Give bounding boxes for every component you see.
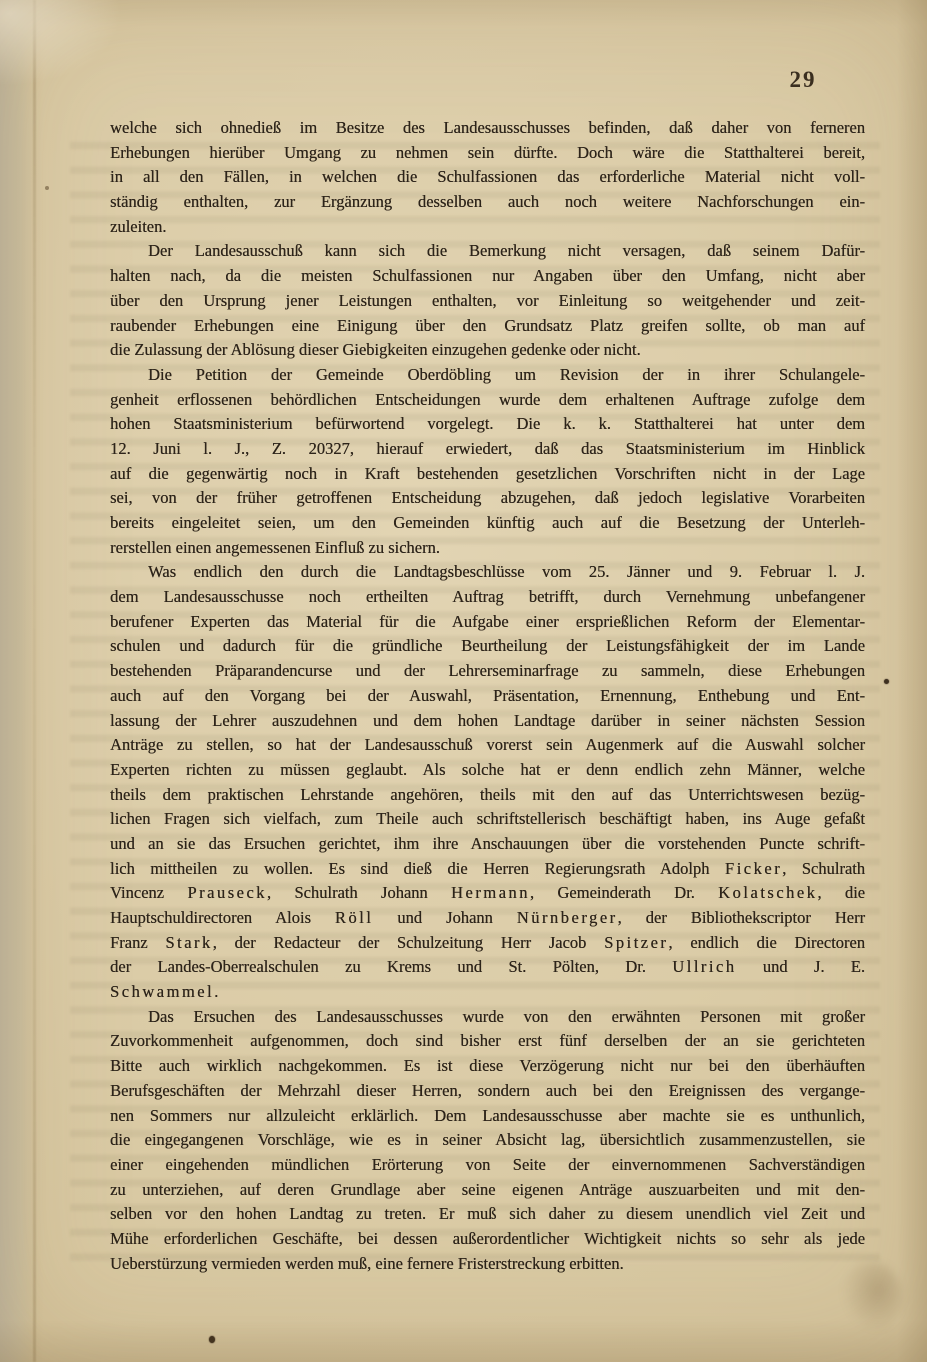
text-line: selben vor den hohen Landtag zu treten. … — [110, 1202, 865, 1227]
text-line: zuleiten. — [110, 215, 865, 240]
text-line: Zuvorkommenheit aufgenommen, doch sind b… — [110, 1029, 865, 1054]
scanned-book-page: 29 welche sich ohnedieß im Besitze des L… — [0, 0, 927, 1362]
text-line: Anträge zu stellen, so hat der Landesaus… — [110, 733, 865, 758]
text-line: schulen und dadurch für die gründliche B… — [110, 634, 865, 659]
text-line: und an sie das Ersuchen gerichtet, ihm i… — [110, 832, 865, 857]
text-line: Hauptschuldirectoren Alois Röll und Joha… — [110, 906, 865, 931]
text-line: Berufsgeschäften der Mehrzahl dieser Her… — [110, 1079, 865, 1104]
text-line: auf die gegenwärtig noch in Kraft besteh… — [110, 462, 865, 487]
text-line: lassung der Lehrer auszudehnen und dem h… — [110, 709, 865, 734]
text-line: dem Landesausschusse noch ertheilten Auf… — [110, 585, 865, 610]
spaced-name: Hermann — [451, 883, 530, 902]
spaced-name: Stark — [165, 933, 212, 952]
text-line: nen Sommers nur allzuleicht erklärlich. … — [110, 1104, 865, 1129]
text-line: über den Ursprung jener Leistungen entha… — [110, 289, 865, 314]
text-line: die eingegangenen Vorschläge, wie es in … — [110, 1128, 865, 1153]
text-line: die Zulassung der Ablösung dieser Giebig… — [110, 338, 865, 363]
text-line: lich mittheilen zu wollen. Es sind dieß … — [110, 857, 865, 882]
text-line: 12. Juni l. J., Z. 20327, hierauf erwied… — [110, 437, 865, 462]
text-line: rerstellen einen angemessenen Einfluß zu… — [110, 536, 865, 561]
paragraph: Das Ersuchen des Landesausschusses wurde… — [110, 1005, 865, 1277]
text-line: ständig enthalten, zur Ergänzung desselb… — [110, 190, 865, 215]
text-line: Das Ersuchen des Landesausschusses wurde… — [110, 1005, 865, 1030]
spaced-name: Röll — [335, 908, 373, 927]
text-line: lichen Fragen sich vielfach, zum Theile … — [110, 807, 865, 832]
text-line: Ueberstürzung vermieden werden muß, eine… — [110, 1252, 865, 1277]
text-line: Bitte auch wirklich nachgekommen. Es ist… — [110, 1054, 865, 1079]
text-line: berufener Experten das Material für die … — [110, 610, 865, 635]
text-line: Mühe erforderlichen Geschäfte, bei desse… — [110, 1227, 865, 1252]
text-line: Was endlich den durch die Landtagsbeschl… — [110, 560, 865, 585]
text-line: auch auf den Vorgang bei der Auswahl, Pr… — [110, 684, 865, 709]
text-line: sei, von der früher getroffenen Entschei… — [110, 486, 865, 511]
paragraph: Was endlich den durch die Landtagsbeschl… — [110, 560, 865, 1004]
text-line: raubender Erhebungen eine Einigung über … — [110, 314, 865, 339]
spaced-name: Spitzer — [604, 933, 668, 952]
text-line: welche sich ohnedieß im Besitze des Land… — [110, 116, 865, 141]
spaced-name: Prauseck — [187, 883, 267, 902]
spaced-name: Schwammel — [110, 982, 214, 1001]
text-line: Schwammel. — [110, 980, 865, 1005]
text-line: theils dem praktischen Lehrstande angehö… — [110, 783, 865, 808]
text-line: genheit erflossenen behördlichen Entsche… — [110, 388, 865, 413]
paragraph: welche sich ohnedieß im Besitze des Land… — [110, 116, 865, 239]
text-line: bereits eingeleitet seien, um den Gemein… — [110, 511, 865, 536]
paragraph: Der Landesausschuß kann sich die Bemerku… — [110, 239, 865, 362]
spaced-name: Nürnberger — [517, 908, 618, 927]
text-line: halten nach, da die meisten Schulfassion… — [110, 264, 865, 289]
spaced-name: Ficker — [725, 859, 782, 878]
page-number: 29 — [783, 67, 823, 93]
text-line: Franz Stark, der Redacteur der Schulzeit… — [110, 931, 865, 956]
spaced-name: Ullrich — [672, 957, 736, 976]
text-line: Erhebungen hierüber Umgang zu nehmen sei… — [110, 141, 865, 166]
paragraph: Die Petition der Gemeinde Oberdöbling um… — [110, 363, 865, 561]
text-line: Der Landesausschuß kann sich die Bemerku… — [110, 239, 865, 264]
text-line: einer eingehenden mündlichen Erörterung … — [110, 1153, 865, 1178]
text-line: zu unterziehen, auf deren Grundlage aber… — [110, 1178, 865, 1203]
text-line: Experten richten zu müssen geglaubt. Als… — [110, 758, 865, 783]
text-line: hohen Staatsministerium befürwortend vor… — [110, 412, 865, 437]
text-line: Vincenz Prauseck, Schulrath Johann Herma… — [110, 881, 865, 906]
text-line: Die Petition der Gemeinde Oberdöbling um… — [110, 363, 865, 388]
spaced-name: Kolatschek — [718, 883, 817, 902]
text-line: in all den Fällen, in welchen die Schulf… — [110, 165, 865, 190]
text-line: der Landes-Oberrealschulen zu Krems und … — [110, 955, 865, 980]
text-line: bestehenden Präparandencurse und der Leh… — [110, 659, 865, 684]
text-block: welche sich ohnedieß im Besitze des Land… — [110, 116, 865, 1276]
